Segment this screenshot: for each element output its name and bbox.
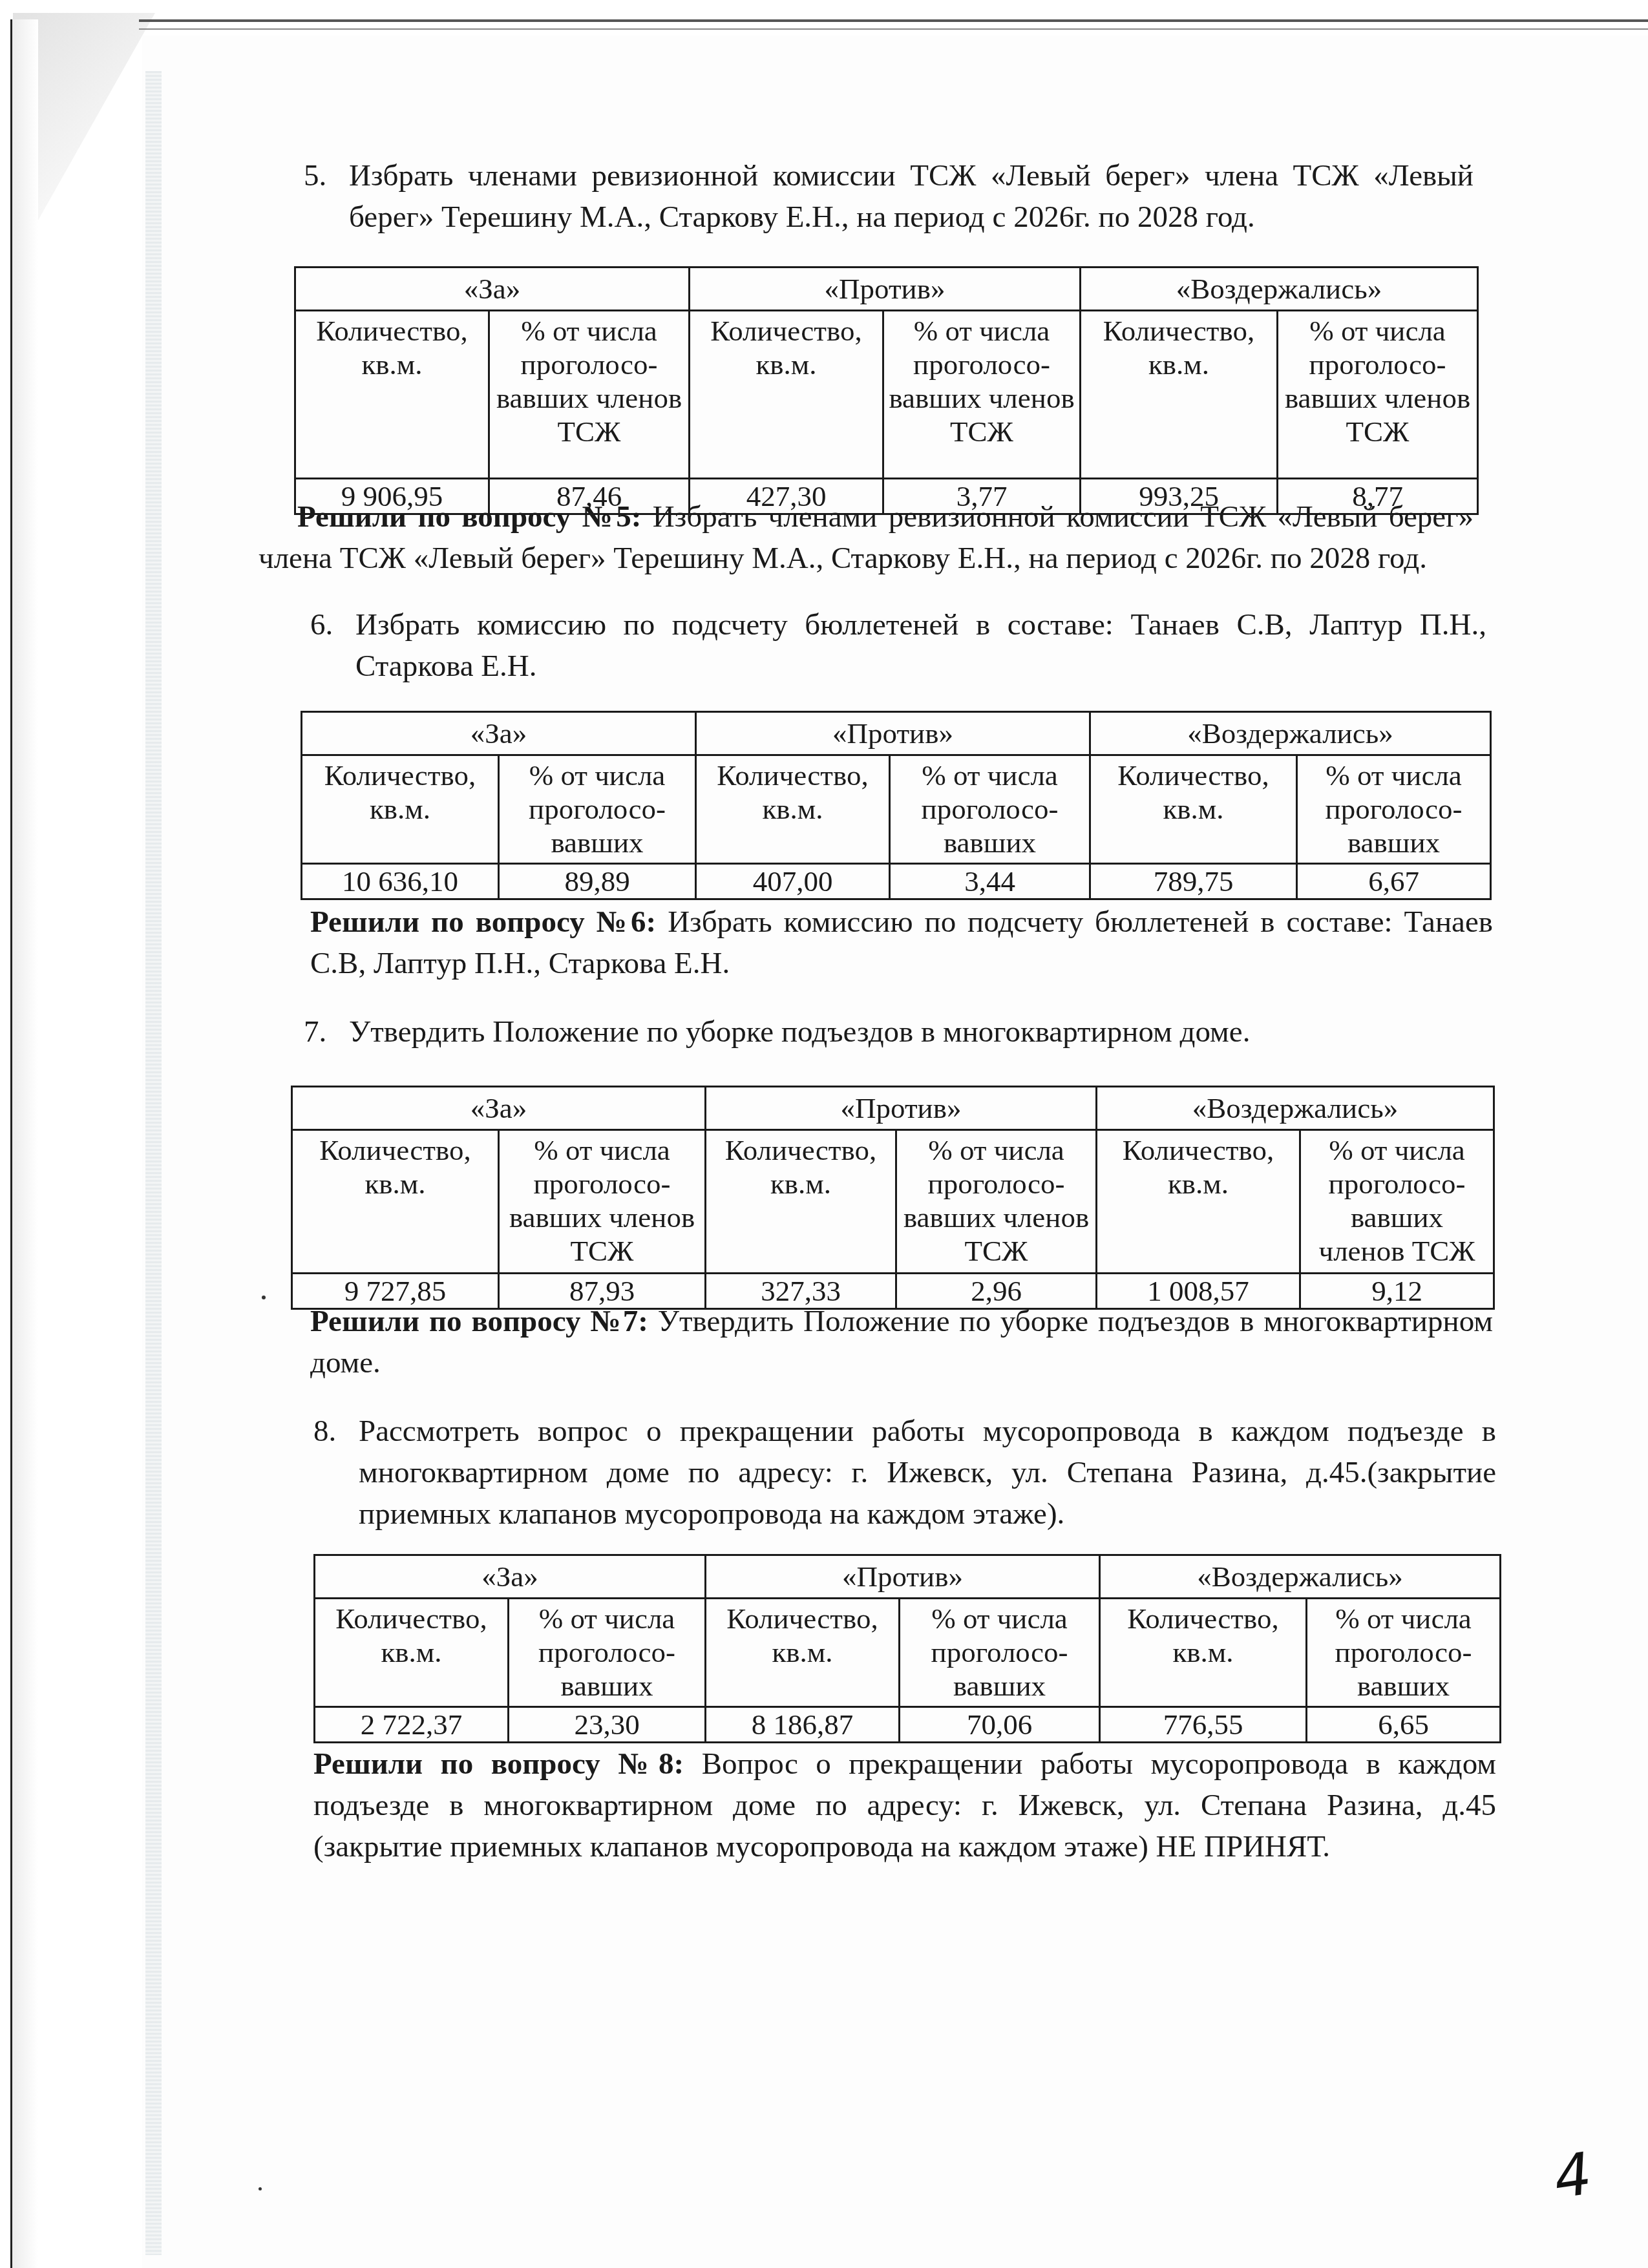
header-qty: Количество, кв.м. [690,311,883,479]
header-qty: Количество, кв.м. [706,1130,896,1274]
abstain-pct: 6,67 [1297,864,1491,899]
header-pct: % от числа проголосо-вавших членов ТСЖ [1278,311,1478,479]
item-number: 8. [313,1411,359,1535]
decision-8: Решили по вопросу №8: Вопрос о прекращен… [313,1743,1496,1867]
header-pct: % от числа проголосо-вавших [509,1599,706,1707]
decision-label: Решили по вопросу №7: [310,1305,648,1338]
header-for: «За» [315,1555,706,1599]
against-pct: 70,06 [900,1707,1100,1743]
header-qty: Количество, кв.м. [302,755,499,864]
scan-edge [10,19,38,2268]
header-pct: % от числа проголосо-вавших [900,1599,1100,1707]
item-text: Избрать комиссию по подсчету бюллетеней … [355,604,1486,687]
abstain-pct: 6,65 [1307,1707,1501,1743]
header-pct: % от числа проголосо-вавших [499,755,696,864]
item-text: Избрать членами ревизионной комиссии ТСЖ… [349,155,1474,238]
header-qty: Количество, кв.м. [315,1599,509,1707]
scan-top-edge [139,19,1648,30]
header-for: «За» [295,268,690,311]
agenda-item-8: 8. Рассмотреть вопрос о прекращении рабо… [313,1411,1496,1535]
scan-margin-shadow [145,71,162,2255]
agenda-item-6: 6. Избрать комиссию по подсчету бюллетен… [310,604,1486,687]
scan-speck [262,1296,266,1299]
header-pct: % от числа проголосо-вавших членов ТСЖ [896,1130,1097,1274]
header-qty: Количество, кв.м. [706,1599,900,1707]
header-against: «Против» [696,712,1090,755]
agenda-item-5: 5. Избрать членами ревизионной комиссии … [304,155,1474,238]
vote-table-7: «За» «Против» «Воздержались» Количество,… [291,1086,1495,1310]
header-abstain: «Воздержались» [1090,712,1491,755]
header-pct: % от числа проголосо-вавших [890,755,1090,864]
for-qty: 10 636,10 [302,864,499,899]
decision-label: Решили по вопросу №6: [310,905,656,939]
against-qty: 407,00 [696,864,890,899]
header-abstain: «Воздержались» [1097,1087,1494,1130]
header-for: «За» [302,712,696,755]
decision-7: Решили по вопросу №7: Утвердить Положени… [310,1301,1493,1383]
item-number: 7. [304,1011,349,1053]
item-number: 5. [304,155,349,238]
header-qty: Количество, кв.м. [295,311,489,479]
header-pct: % от числа проголосо-вавших [1307,1599,1501,1707]
header-pct: % от числа проголосо-вавших членов ТСЖ [883,311,1081,479]
scan-speck [259,2187,262,2190]
for-qty: 2 722,37 [315,1707,509,1743]
header-qty: Количество, кв.м. [292,1130,499,1274]
item-number: 6. [310,604,355,687]
item-text: Рассмотреть вопрос о прекращении работы … [359,1411,1496,1535]
header-qty: Количество, кв.м. [696,755,890,864]
header-for: «За» [292,1087,706,1130]
header-qty: Количество, кв.м. [1081,311,1278,479]
decision-label: Решили по вопросу №8: [313,1747,684,1781]
vote-table-8: «За» «Против» «Воздержались» Количество,… [313,1554,1501,1743]
header-against: «Против» [706,1555,1100,1599]
header-qty: Количество, кв.м. [1090,755,1297,864]
against-qty: 8 186,87 [706,1707,900,1743]
abstain-qty: 789,75 [1090,864,1297,899]
header-pct: % от числа проголосо-вавших членов ТСЖ [489,311,690,479]
for-pct: 89,89 [499,864,696,899]
decision-5: Решили по вопросу №5: Избрать членами ре… [259,496,1474,579]
header-qty: Количество, кв.м. [1097,1130,1300,1274]
for-pct: 23,30 [509,1707,706,1743]
vote-values-row: 10 636,10 89,89 407,00 3,44 789,75 6,67 [302,864,1491,899]
agenda-item-7: 7. Утвердить Положение по уборке подъезд… [304,1011,1493,1053]
decision-label: Решили по вопросу №5: [297,500,642,534]
decision-6: Решили по вопросу №6: Избрать комиссию п… [310,901,1493,984]
item-text: Утвердить Положение по уборке подъездов … [349,1011,1493,1053]
header-qty: Количество, кв.м. [1100,1599,1307,1707]
header-against: «Против» [690,268,1081,311]
vote-values-row: 2 722,37 23,30 8 186,87 70,06 776,55 6,6… [315,1707,1501,1743]
vote-table-5: «За» «Против» «Воздержались» Количество,… [294,266,1479,515]
vote-table-6: «За» «Против» «Воздержались» Количество,… [301,711,1492,900]
header-abstain: «Воздержались» [1081,268,1478,311]
header-against: «Против» [706,1087,1097,1130]
abstain-qty: 776,55 [1100,1707,1307,1743]
header-pct: % от числа проголосо-вавших членов ТСЖ [499,1130,706,1274]
against-pct: 3,44 [890,864,1090,899]
header-pct: % от числа проголосо-вавших [1297,755,1491,864]
header-pct: % от числа проголосо-вавших членов ТСЖ [1300,1130,1494,1274]
header-abstain: «Воздержались» [1100,1555,1501,1599]
